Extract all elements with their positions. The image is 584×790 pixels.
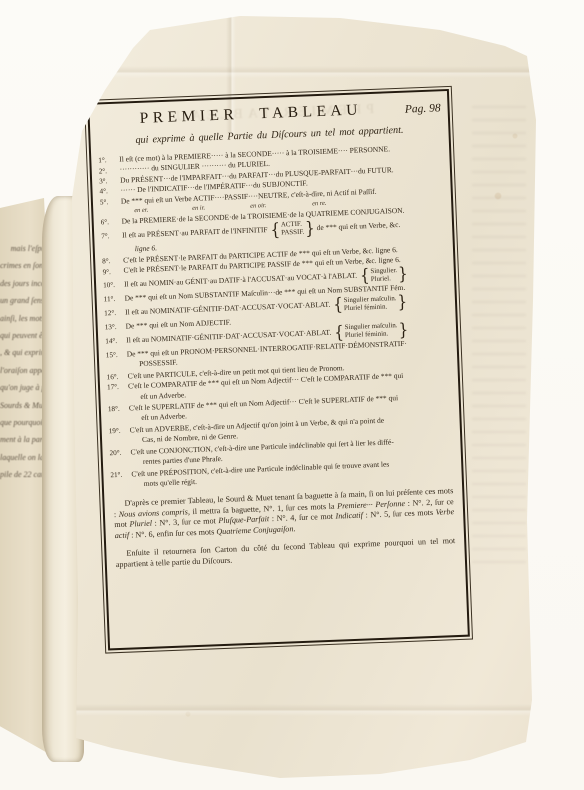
line-number: 18°. [108,405,129,414]
interline-word: en re. [312,200,327,208]
photo-backdrop: mais l'eſpritcrimes en ſont ſeulsdes jou… [0,0,584,790]
paragraph-segment: Premiere··· Perſonne [337,498,405,510]
close-brace-glyph: } [305,220,315,238]
brace-option: Pluriel féminin. [344,303,397,313]
interline-word: en oir. [250,202,266,210]
line-number: 21°. [110,470,131,479]
interline-word: en ir. [192,205,205,213]
interline-word: en er. [134,207,148,215]
line-number: 4°. [99,187,120,196]
line-number: 5°. [100,198,121,207]
open-brace-glyph: { [360,267,370,285]
paragraph-segment: Pluriel [129,519,152,529]
line-number: 7°. [101,231,122,240]
line-number: 8°. [102,257,123,266]
brace-options: Singulier.Pluriel. [370,267,397,284]
brace-options: Singulier maſculin.Pluriel féminin. [343,295,396,313]
brace-option: PASSIF. [281,229,304,238]
close-brace-glyph: } [397,294,407,312]
line-number: 19°. [109,427,130,436]
line-number: 15°. [106,351,127,360]
paragraph-segment: : N°. 4, ſur ce mot [269,512,336,524]
brace-group: {ACTIF.PASSIF.} [270,220,315,238]
table-title: PREMIER TABLEAU [96,100,405,130]
brace-options: ACTIF.PASSIF. [281,221,305,238]
brace-option: Singulier. [370,267,397,276]
brace-group: {Singulier maſculin.Pluriel féminin.} [333,294,407,313]
line-text: Il eſt au PRÉSENT·au PARFAIT de l'INFINI… [122,226,268,241]
open-brace-glyph: { [270,221,280,239]
line-number: 10°. [103,281,124,290]
brace-group: {Singulier maſculin.Pluriel féminin.} [334,322,408,341]
paragraph-segment: : N°. 6, enfin ſur ces mots [129,527,217,539]
line-number: 17°. [107,383,128,392]
paragraph-segment: . [293,524,295,533]
line-number: 20°. [109,448,130,457]
open-brace-glyph: { [333,296,343,314]
line-number: 9°. [102,267,123,276]
table-frame: PREMIER TABLEAU PREMIER TABLEAU Pag. 98 … [84,86,473,654]
open-brace-glyph: { [334,324,344,342]
paragraph-segment: : N°. 3, ſur ce mot [152,516,219,528]
brace-options: Singulier maſculin.Pluriel féminin. [345,323,398,341]
paragraph-segment: Indicatif [335,511,363,521]
table-content: PREMIER TABLEAU Pag. 98 qui exprime à qu… [96,95,460,644]
close-brace-glyph: } [398,266,408,284]
fold-crease-bottom [68,704,550,716]
bleed-through-texture [472,106,526,574]
line-number: 14°. [105,337,126,346]
line-number: 6°. [101,217,122,226]
line-number: 3°. [99,177,120,186]
paragraph-segment: Pluſque-Parfait [218,514,269,525]
line-number: 16°. [107,372,128,381]
line-number: 12°. [104,309,125,318]
table-lines: 1°.Il eſt (ce mot) à la PREMIERE····· à … [98,143,455,490]
plate-page: PREMIER TABLEAU PREMIER TABLEAU Pag. 98 … [68,14,550,788]
line-number: 2°. [99,166,120,175]
line-number: 1°. [98,156,119,165]
line-number: 11°. [104,295,125,304]
line-number: 13°. [105,323,126,332]
fold-crease-top [68,66,550,78]
close-brace-glyph: } [398,321,408,339]
line-text: de *** qui eſt un Verbe, &c. [317,221,401,233]
brace-group: {Singulier.Pluriel.} [360,267,408,285]
paragraph-segment: : N°. 5, ſur ces mots [363,508,436,520]
page-number-label: Pag. 98 [405,102,441,115]
paragraph-instructions: D'après ce premier Tableau, le Sourd & M… [111,486,456,541]
paragraph-followup: Enſuite il retournera ſon Carton du côté… [113,536,458,570]
paragraph-segment: Quatrieme Conjugaiſon [216,524,293,536]
